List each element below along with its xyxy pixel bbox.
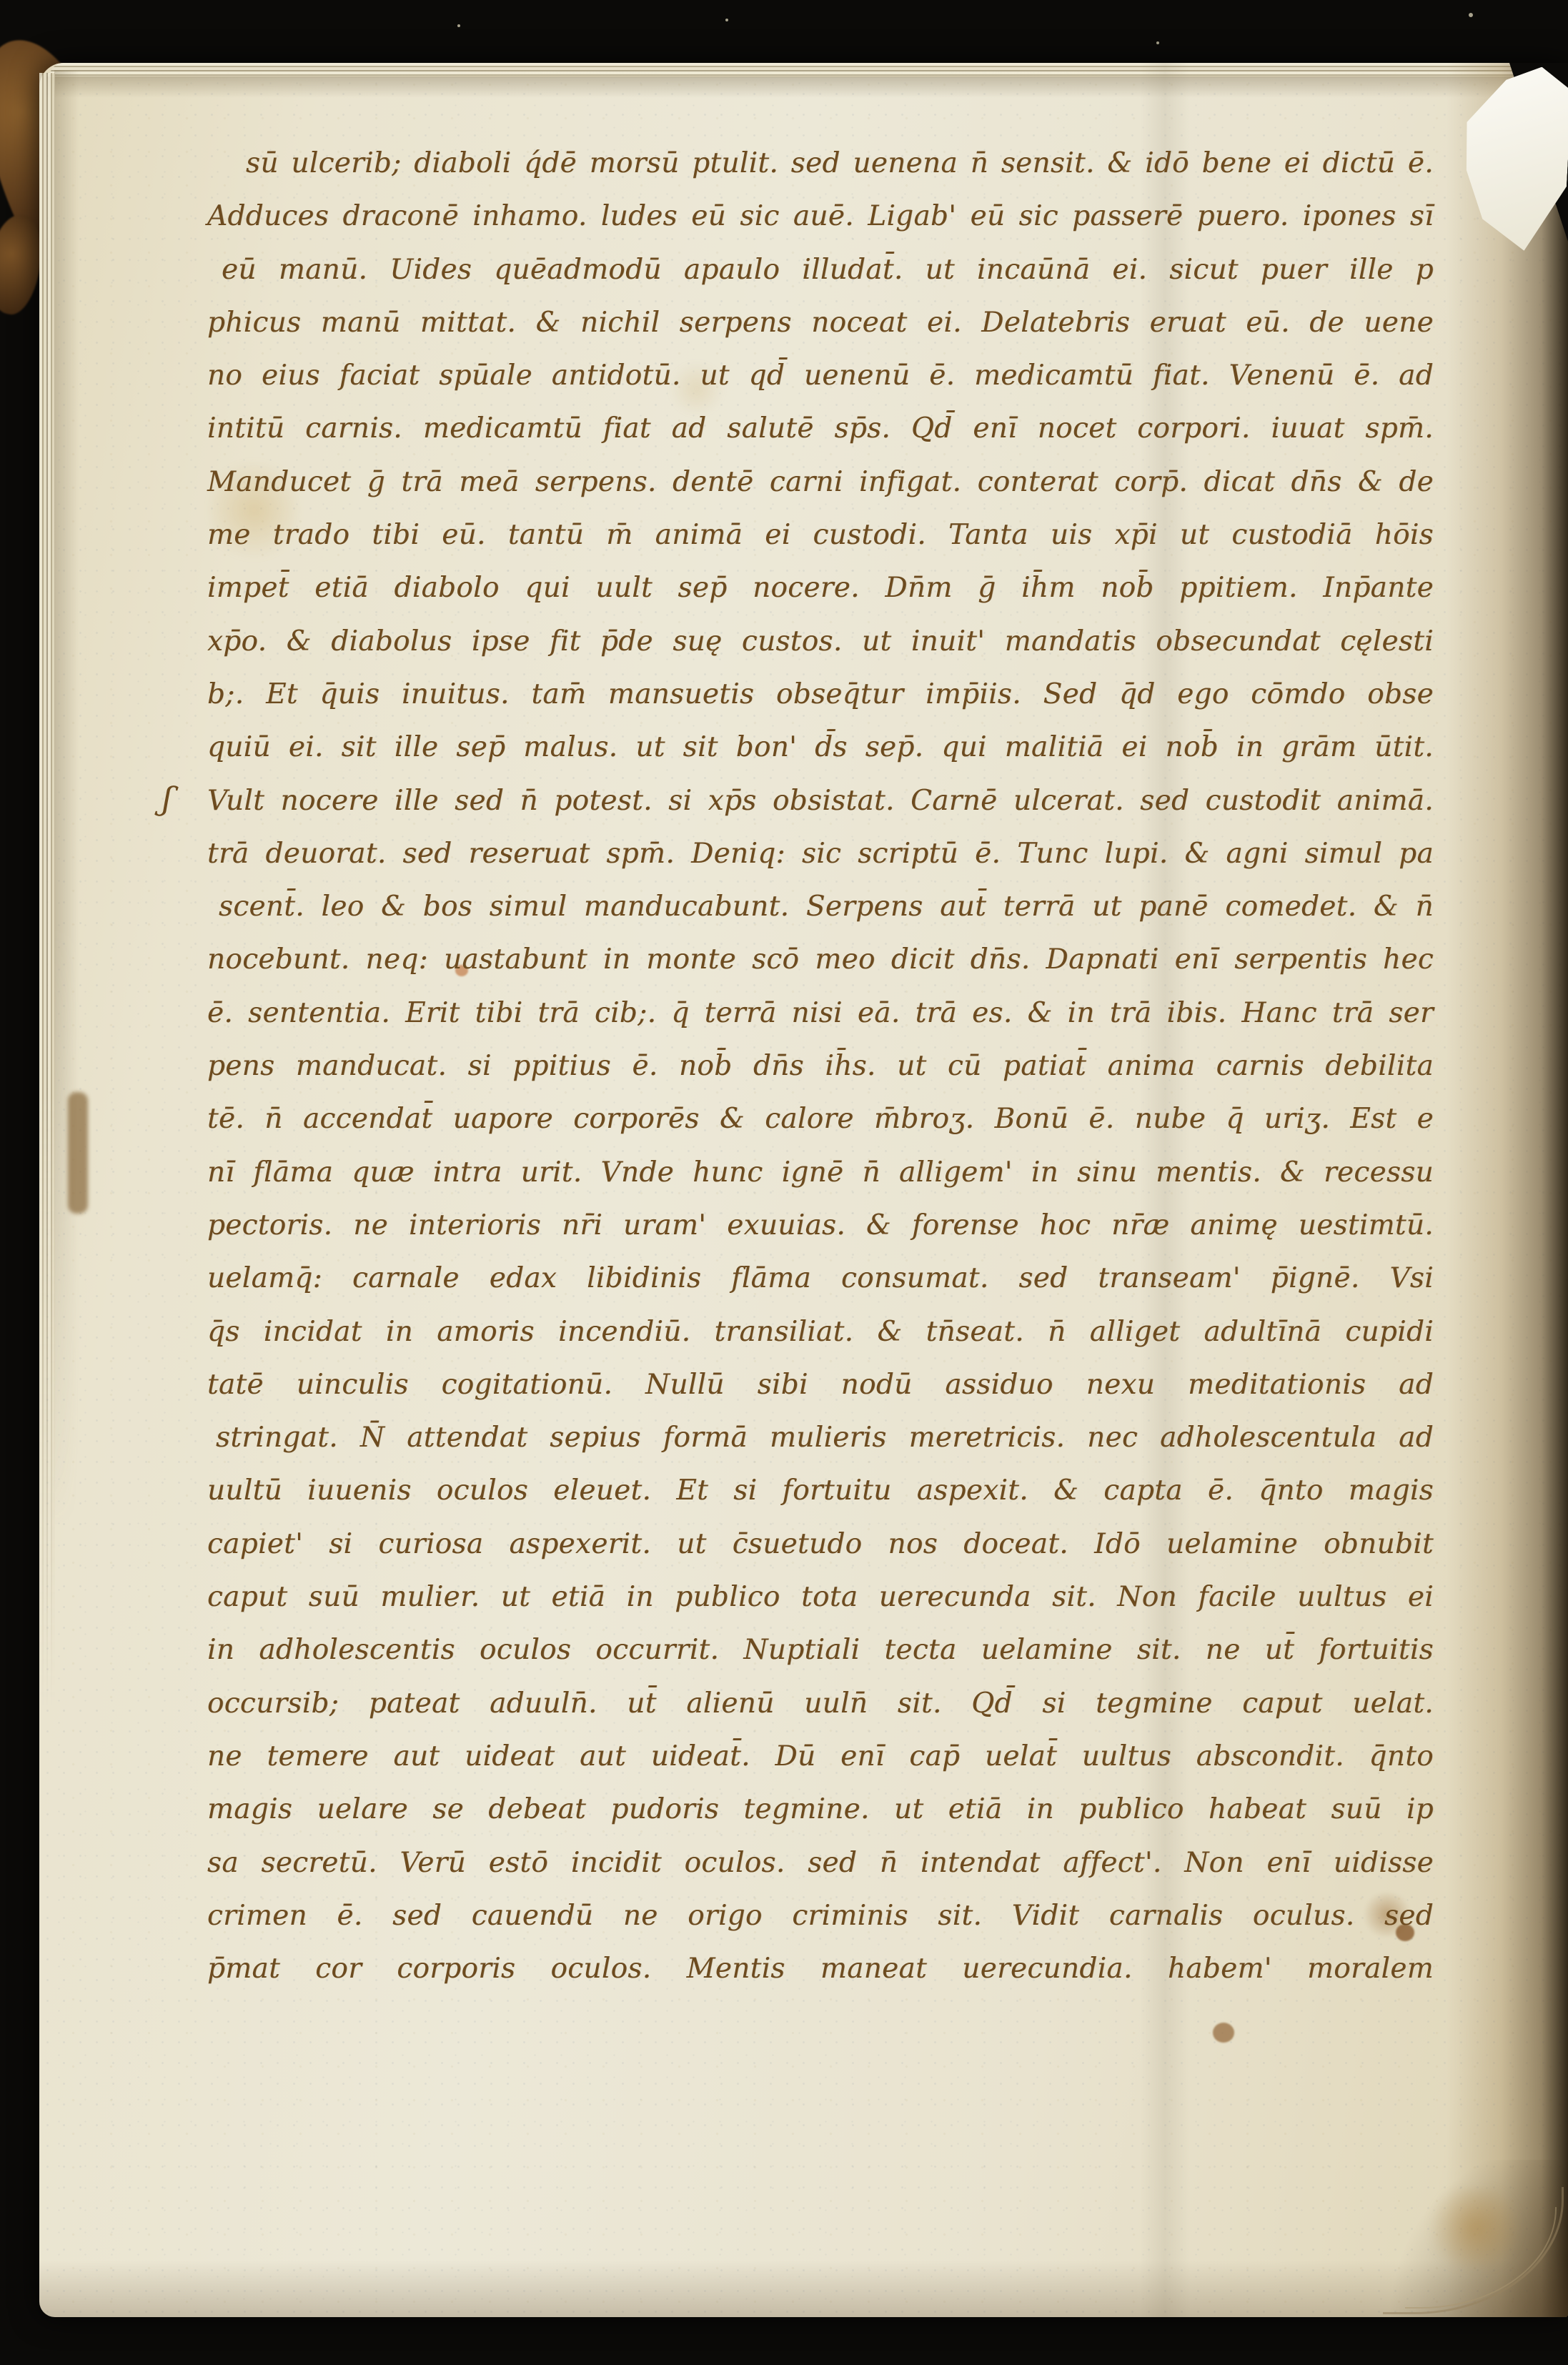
manuscript-line: q̄s incidat in amoris incendiū. transili… [207,1306,1434,1359]
binding-leather-remnant [68,1092,88,1214]
manuscript-line: no eius faciat spūale antidotū. ut qd̄ u… [207,349,1434,402]
page-edge-shadow-right [1447,63,1568,2317]
manuscript-line: p̄mat cor corporis oculos. Mentis maneat… [207,1943,1434,1995]
manuscript-line: sū ulcerib; diaboli q́dē morsū ptulit. s… [207,137,1434,190]
manuscript-line: capiet' si curiosa aspexerit. ut c̄suetu… [207,1518,1434,1571]
manuscript-line: crimen ē. sed cauendū ne origo criminis … [207,1890,1434,1943]
dust-speck [1469,13,1473,17]
manuscript-line: sa secretū. Verū estō incidit oculos. se… [207,1837,1434,1890]
dust-speck [1156,41,1159,44]
manuscript-line: impet̄ etiā diabolo qui uult sep̄ nocere… [207,562,1434,615]
manuscript-line: intitū carnis. medicamtū fiat ad salutē … [207,402,1434,455]
manuscript-line: tatē uinculis cogitationū. Nullū sibi no… [207,1359,1434,1412]
manuscript-line: ne temere aut uideat aut uideat̄. Dū enī… [207,1730,1434,1783]
manuscript-line: caput suū mulier. ut etiā in publico tot… [207,1571,1434,1624]
page-edges-left-shadow [54,70,79,1785]
manuscript-line: eū manū. Uides quēadmodū apaulo illudat̄… [207,244,1434,297]
manuscript-line: ē. sententia. Erit tibi trā cib;. q̄ ter… [207,987,1434,1040]
text-block: sū ulcerib; diaboli q́dē morsū ptulit. s… [207,137,1434,1995]
page-edge-shadow-bottom [39,2260,1568,2317]
manuscript-line: uelamq̄: carnale edax libidinis flāma co… [207,1252,1434,1305]
manuscript-line: tē. n̄ accendat̄ uapore corporēs & calor… [207,1093,1434,1146]
manuscript-line: Adduces draconē inhamo. ludes eū sic auē… [207,190,1434,243]
dust-speck [725,19,728,21]
page-edges-top-shadow [46,76,1525,98]
manuscript-line: scent̄. leo & bos simul manducabunt. Ser… [207,881,1434,933]
manuscript-line: xp̄o. & diabolus ipse fit p̄de suę custo… [207,615,1434,668]
manuscript-page: sū ulcerib; diaboli q́dē morsū ptulit. s… [39,63,1568,2317]
manuscript-line: trā deuorat. sed reseruat spm̄. Deniq: s… [207,828,1434,881]
manuscript-line: quiū ei. sit ille sep̄ malus. ut sit bon… [207,721,1434,774]
parchment-stain [1213,2023,1234,2043]
manuscript-line: pectoris. ne interioris nr̄i uram' exuui… [207,1199,1434,1252]
manuscript-line: Manducet ḡ trā meā serpens. dentē carni … [207,456,1434,509]
manuscript-line: phicus manū mittat. & nichil serpens noc… [207,297,1434,349]
manuscript-line: magis uelare se debeat pudoris tegmine. … [207,1783,1434,1836]
margin-correction-mark: ʃ [160,778,174,818]
manuscript-line: occursib; pateat aduuln̄. ut̄ alienū uul… [207,1677,1434,1730]
manuscript-line: nocebunt. neq: uastabunt in monte scō me… [207,933,1434,986]
manuscript-line: Vult nocere ille sed n̄ potest. si xp̄s … [207,775,1434,828]
manuscript-line: nī flāma quæ intra urit. Vnde hunc ignē … [207,1146,1434,1199]
manuscript-line: b;. Et q̄uis inuitus. tam̄ mansuetis obs… [207,668,1434,721]
manuscript-line: in adholescentis oculos occurrit. Nuptia… [207,1624,1434,1677]
manuscript-line: pens manducat. si ppitius ē. nob̄ dn̄s i… [207,1040,1434,1093]
dust-speck [457,24,460,27]
manuscript-line: uultū iuuenis oculos eleuet. Et si fortu… [207,1464,1434,1517]
book-photo: sū ulcerib; diaboli q́dē morsū ptulit. s… [0,0,1568,2365]
page-edges-top [49,63,1518,77]
page-edges-left [39,73,55,1931]
manuscript-line: stringat. N̄ attendat sepius formā mulie… [207,1412,1434,1464]
manuscript-line: me trado tibi eū. tantū m̄ animā ei cust… [207,509,1434,562]
